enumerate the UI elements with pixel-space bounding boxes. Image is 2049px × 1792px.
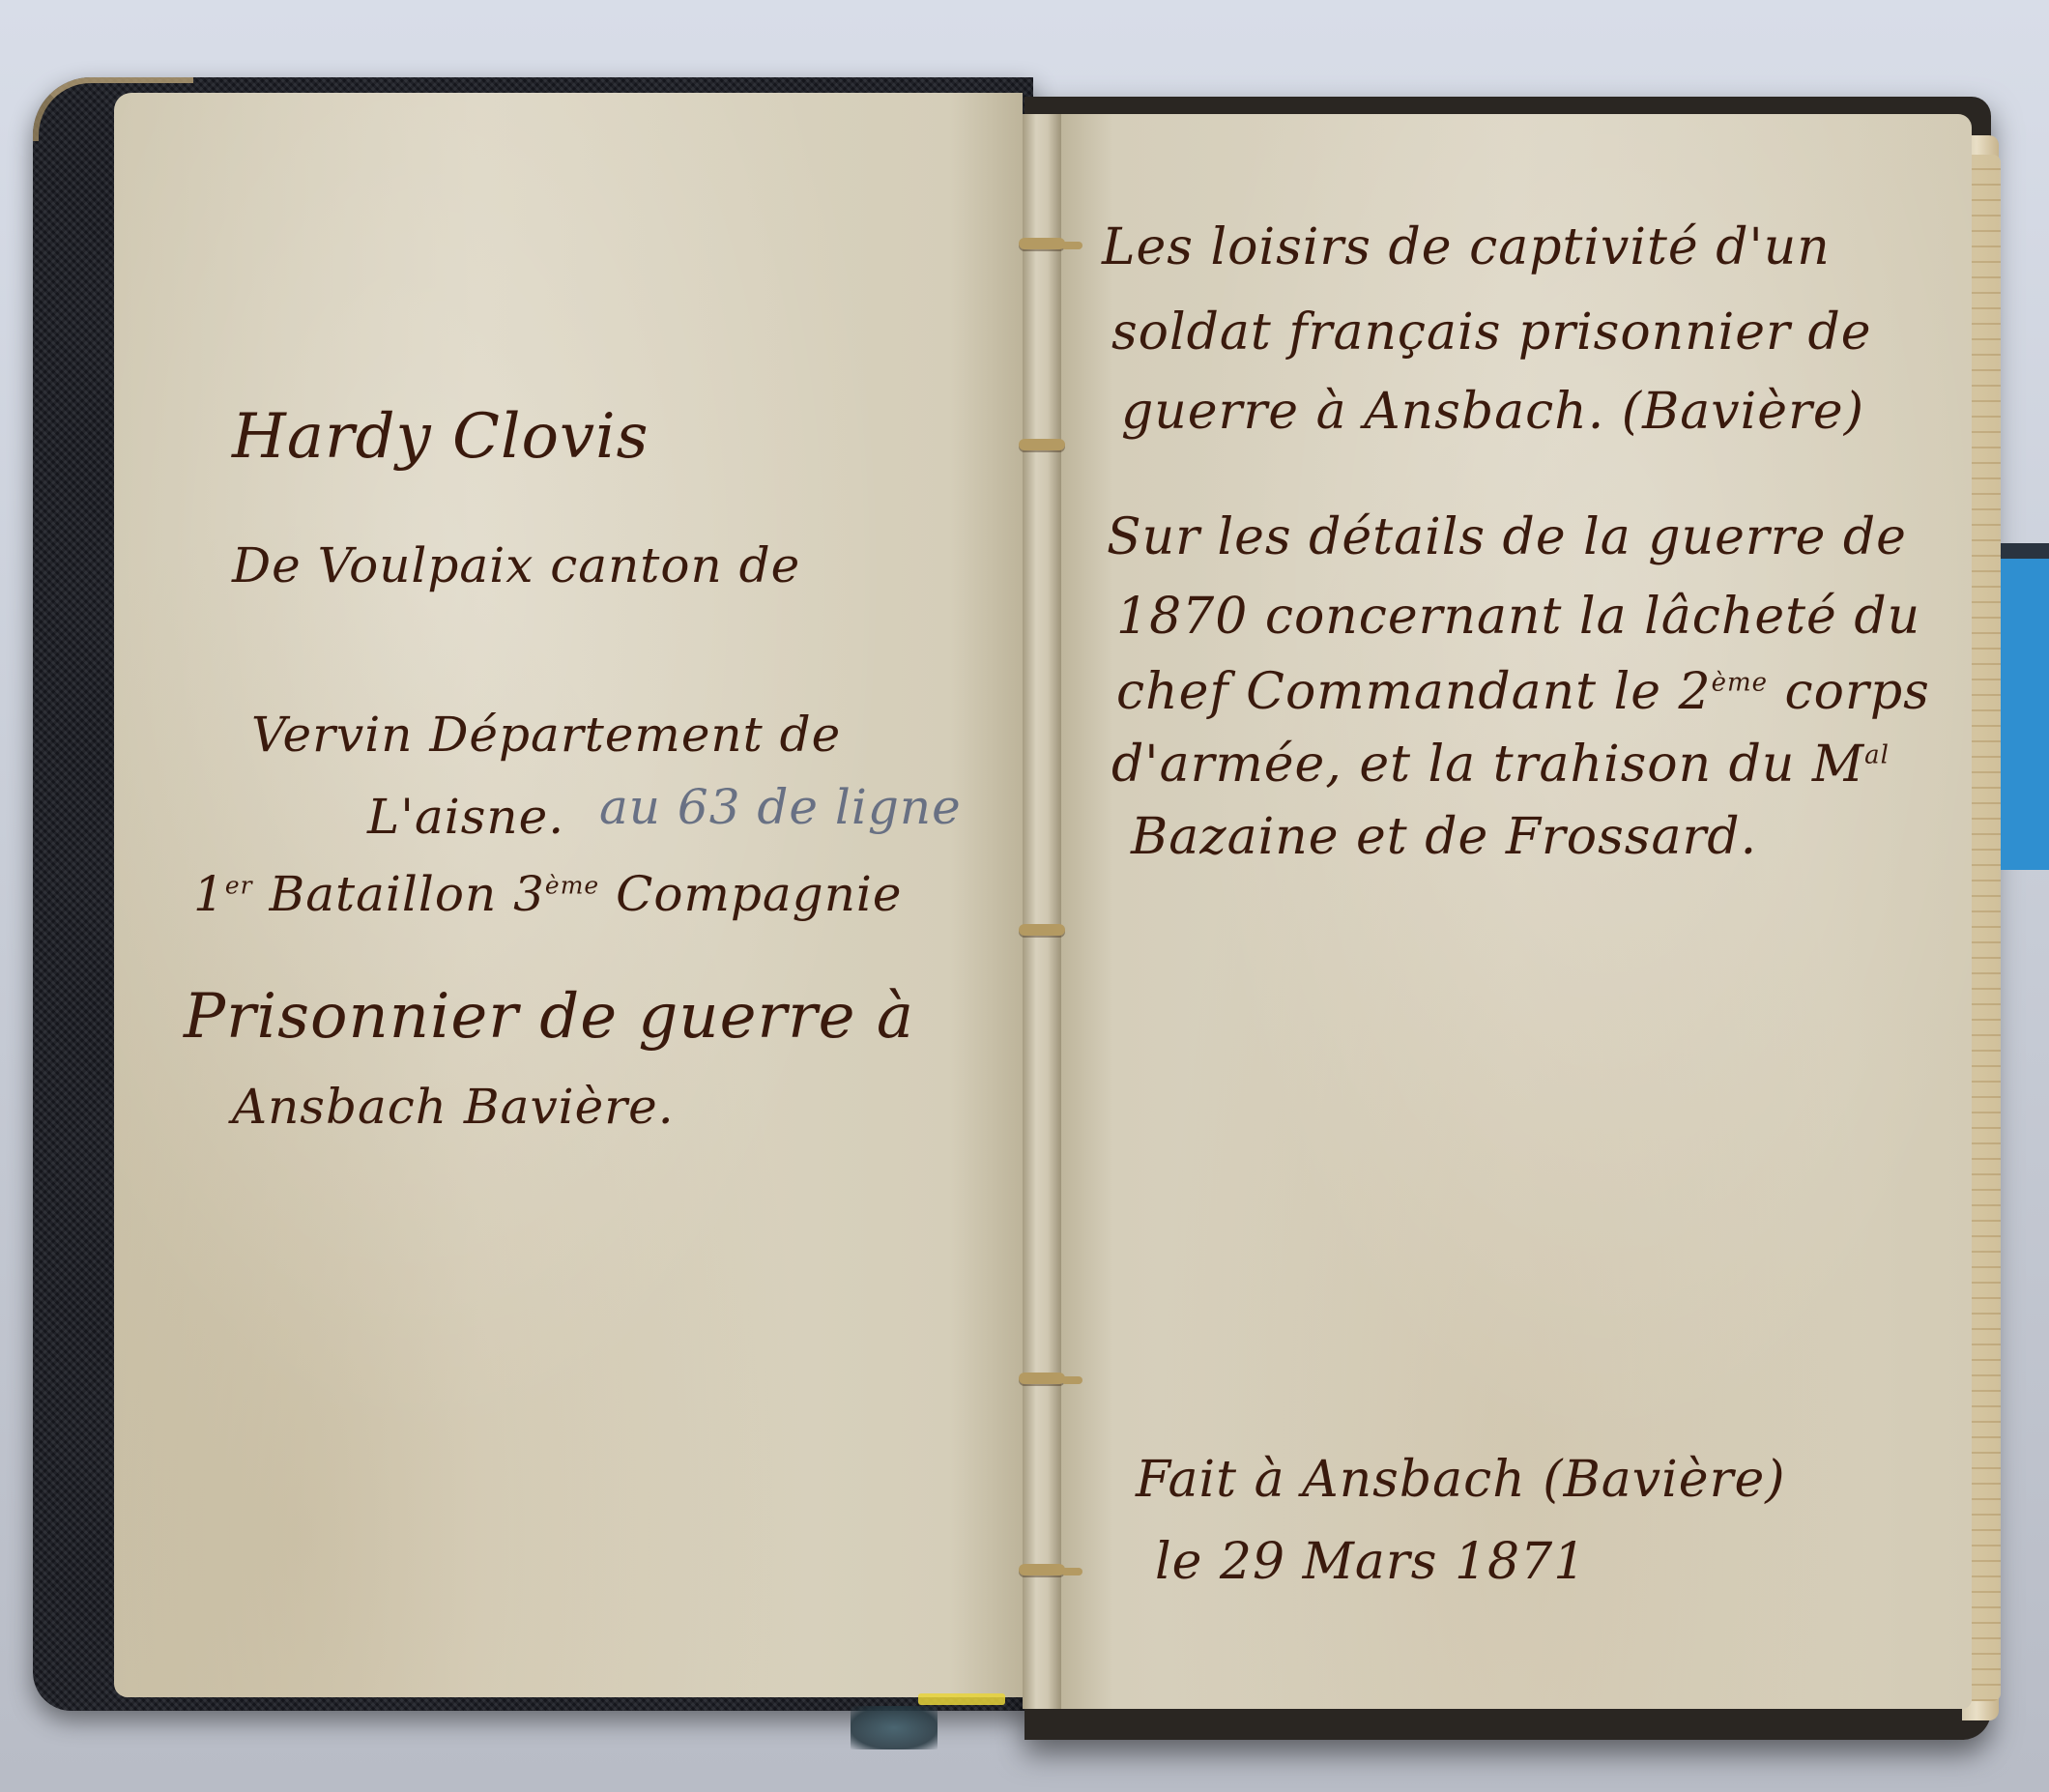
body-line-5: Bazaine et de Frossard.	[1131, 812, 1757, 862]
ribbon-marker	[851, 1706, 938, 1749]
marshal-abbrev: al	[1864, 741, 1890, 770]
title-line-1: Les loisirs de captivité d'un	[1102, 222, 1831, 273]
binding-stitch	[1019, 238, 1065, 249]
binding-stitch	[1019, 1564, 1065, 1575]
battalion-text: Bataillon 3	[253, 866, 545, 922]
notebook-scene: Hardy Clovis De Voulpaix canton de Vervi…	[0, 0, 2049, 1792]
body-line-3: chef Commandant le 2ème corps	[1116, 667, 1930, 717]
binding-stitch	[1061, 1376, 1082, 1384]
pencil-regiment-note: au 63 de ligne	[599, 783, 962, 831]
inscription-name: Hardy Clovis	[232, 406, 649, 468]
company-text: Compagnie	[599, 866, 902, 922]
corps-ordinal: ème	[1712, 669, 1768, 698]
body-line-3-suffix: corps	[1768, 663, 1930, 721]
binding-stitch	[1061, 242, 1082, 249]
body-line-4-prefix: d'armée, et la trahison du M	[1111, 736, 1864, 794]
body-line-3-prefix: chef Commandant le 2	[1116, 663, 1712, 721]
page-stack-texture	[1972, 155, 2001, 1701]
battalion-ordinal: er	[225, 871, 253, 899]
inscription-aisne: L'aisne.	[367, 793, 564, 841]
footer-place: Fait à Ansbach (Bavière)	[1136, 1455, 1786, 1505]
company-ordinal: ème	[545, 871, 599, 899]
battalion-number: 1	[193, 866, 225, 922]
book-gutter	[1023, 114, 1061, 1709]
title-line-2: soldat français prisonnier de	[1111, 307, 1872, 358]
footer-date: le 29 Mars 1871	[1155, 1537, 1586, 1587]
inscription-location: Ansbach Bavière.	[232, 1083, 675, 1131]
inscription-prisoner: Prisonnier de guerre à	[184, 986, 914, 1048]
inscription-battalion: 1er Bataillon 3ème Compagnie	[193, 870, 902, 918]
binding-stitch	[1061, 1568, 1082, 1575]
binding-stitch	[1019, 1373, 1065, 1384]
title-line-3: guerre à Ansbach. (Bavière)	[1121, 387, 1864, 437]
inscription-village: De Voulpaix canton de	[232, 541, 800, 590]
binding-stitch	[1019, 924, 1065, 936]
body-line-1: Sur les détails de la guerre de	[1107, 512, 1907, 563]
yellow-stain	[918, 1693, 1005, 1705]
binding-stitch	[1019, 439, 1065, 450]
body-line-2: 1870 concernant la lâcheté du	[1116, 592, 1920, 642]
blue-bookmark-tab	[2001, 559, 2049, 870]
body-line-4: d'armée, et la trahison du Mal	[1111, 739, 1890, 790]
inscription-department: Vervin Département de	[251, 710, 841, 759]
